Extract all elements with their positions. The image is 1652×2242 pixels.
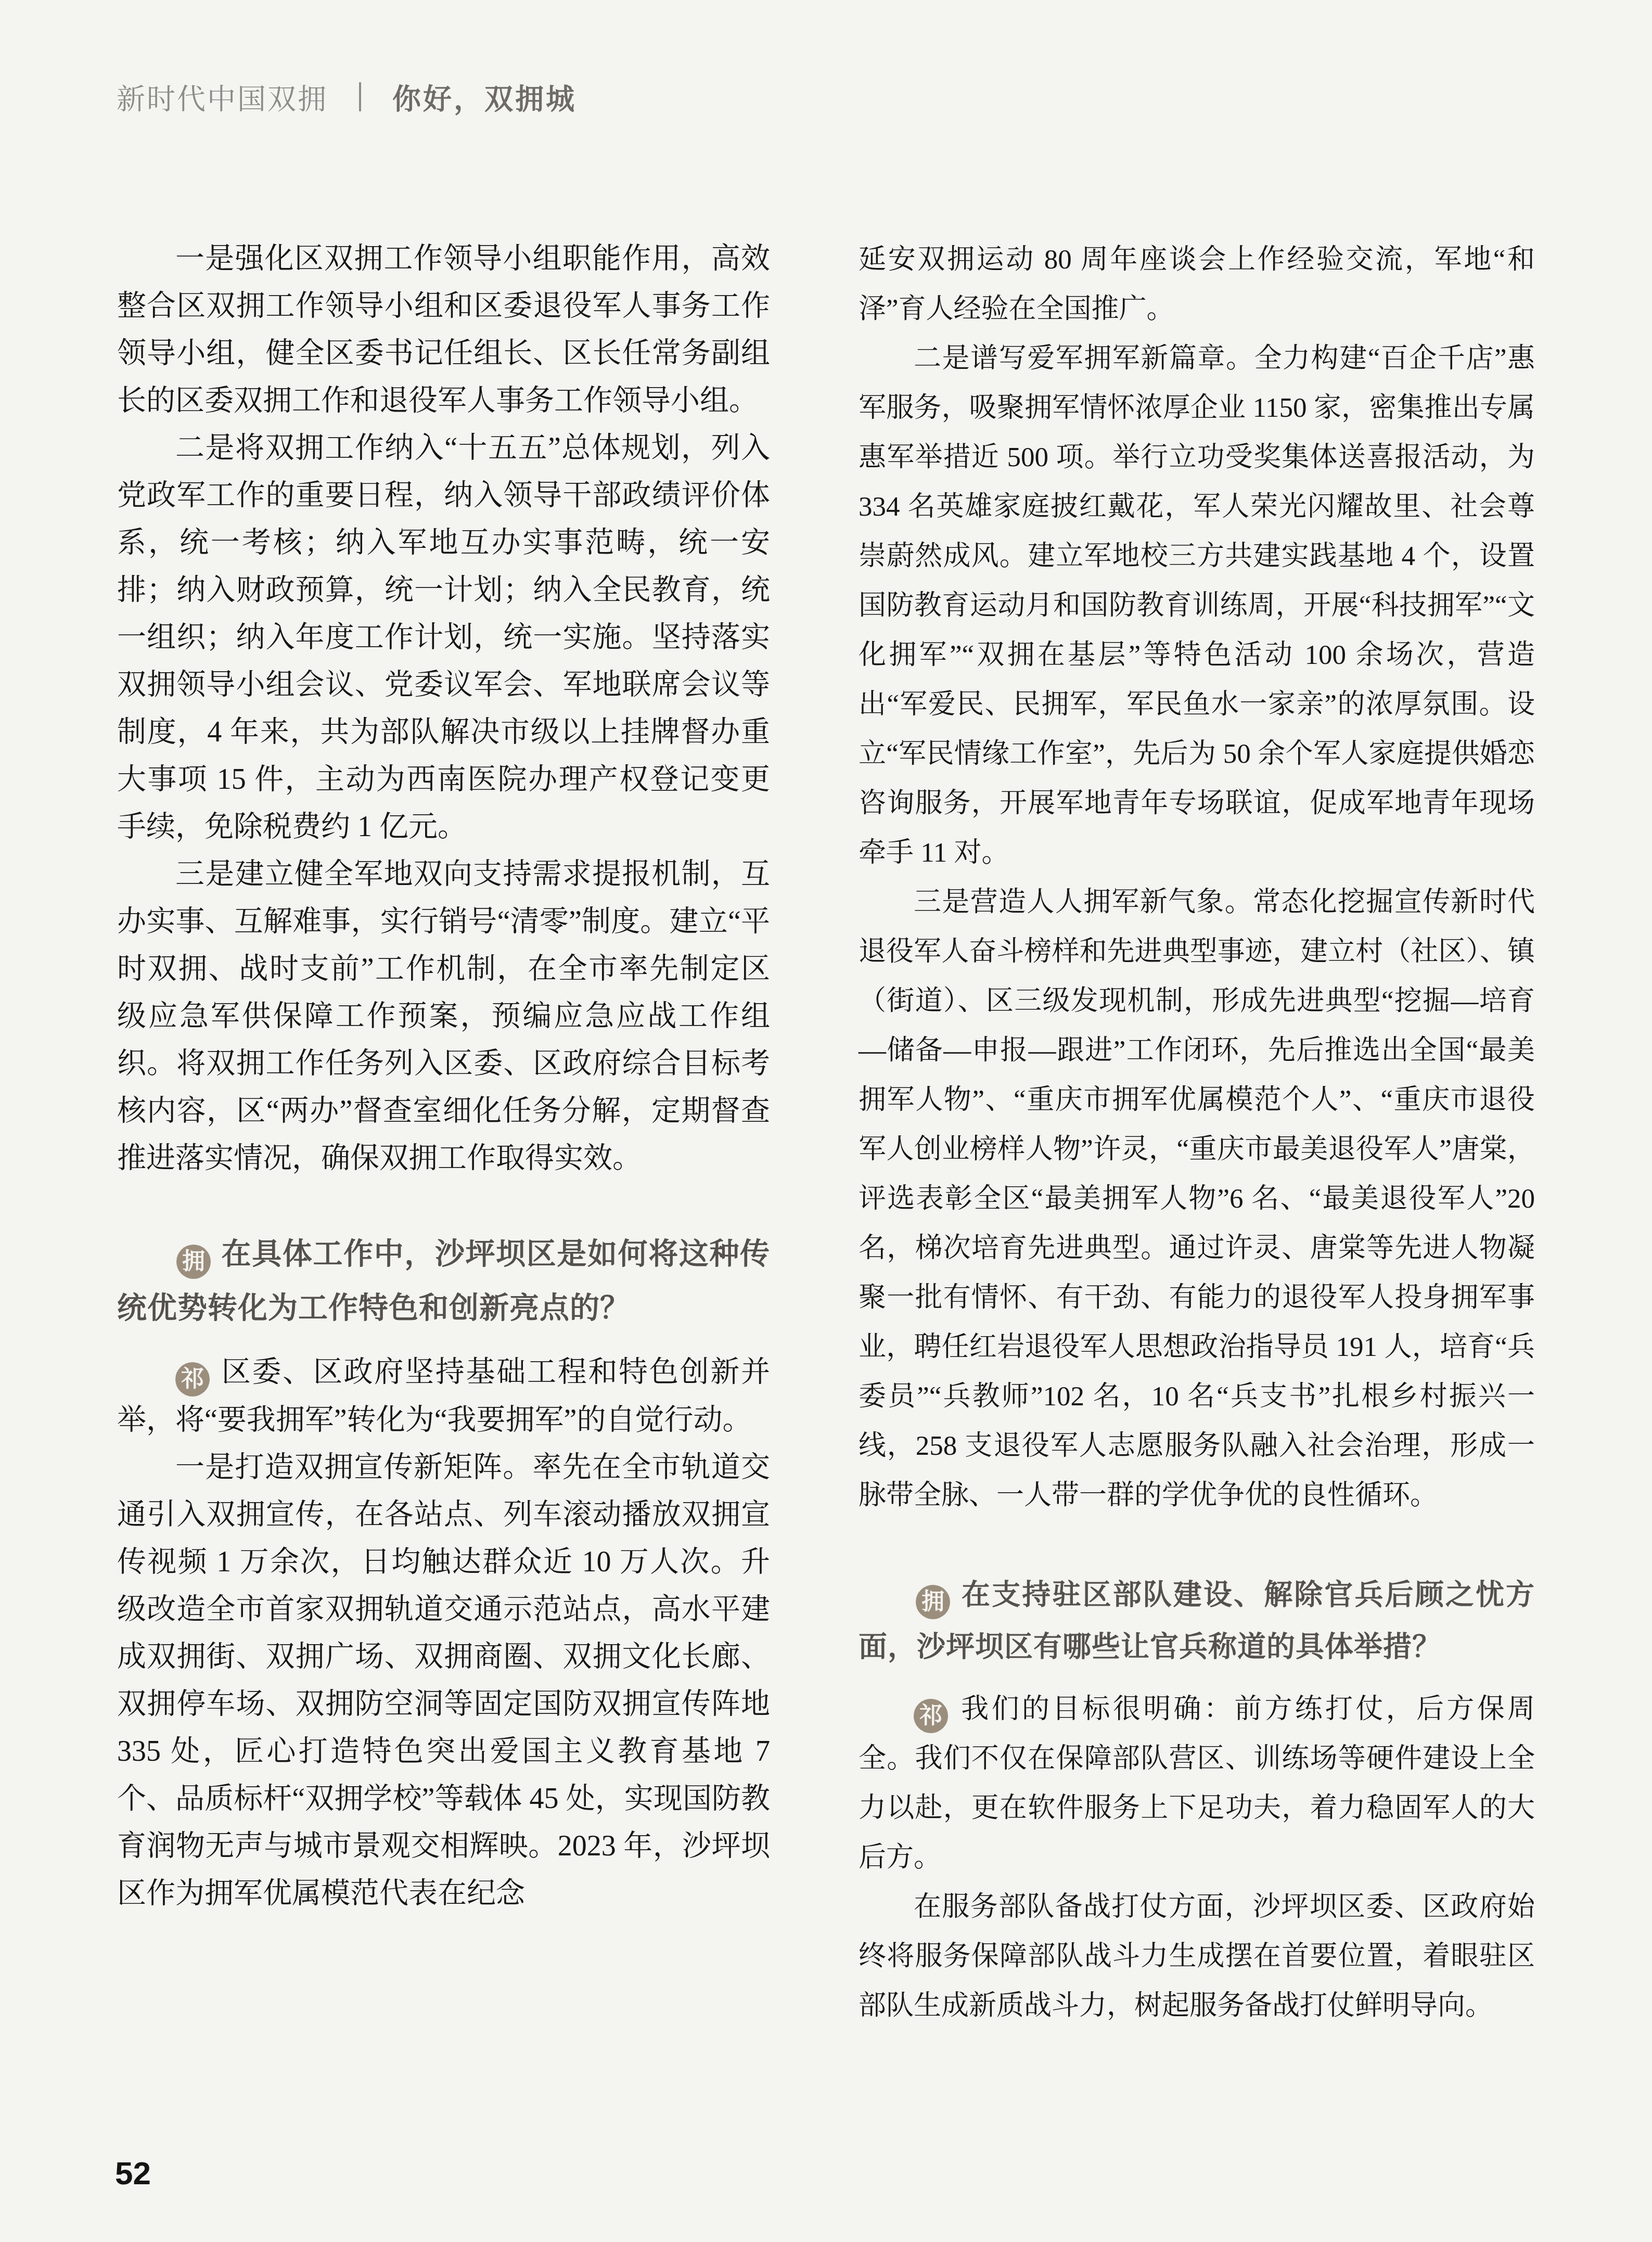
left-column: 一是强化区双拥工作领导小组职能作用，高效整合区双拥工作领导小组和区委退役军人事务…: [117, 235, 770, 2031]
answer-text: 区委、区政府坚持基础工程和特色创新并举，将“要我拥军”转化为“我要拥军”的自觉行…: [117, 1356, 770, 1436]
page-header: 新时代中国双拥 你好，双拥城: [117, 76, 577, 117]
paragraph: 二是谱写爱军拥军新篇章。全力构建“百企千店”惠军服务，吸聚拥军情怀浓厚企业 11…: [859, 334, 1535, 878]
question-text: 在具体工作中，沙坪坝区是如何将这种传统优势转化为工作特色和创新亮点的？: [117, 1237, 770, 1325]
right-column: 延安双拥运动 80 周年座谈会上作经验交流，军地“和泽”育人经验在全国推广。 二…: [859, 235, 1535, 2031]
question-paragraph: 拥在具体工作中，沙坪坝区是如何将这种传统优势转化为工作特色和创新亮点的？: [117, 1227, 770, 1335]
paragraph-continued: 延安双拥运动 80 周年座谈会上作经验交流，军地“和泽”育人经验在全国推广。: [859, 235, 1535, 334]
header-divider: [359, 82, 361, 111]
paragraph: 在服务部队备战打仗方面，沙坪坝区委、区政府始终将服务保障部队战斗力生成摆在首要位…: [859, 1882, 1535, 2031]
question-badge-icon: 拥: [176, 1245, 211, 1279]
paragraph: 一是打造双拥宣传新矩阵。率先在全市轨道交通引入双拥宣传，在各站点、列车滚动播放双…: [117, 1444, 770, 1917]
answer-badge-icon: 祁: [175, 1362, 210, 1397]
page-number: 52: [115, 2155, 151, 2192]
magazine-page: 新时代中国双拥 你好，双拥城 一是强化区双拥工作领导小组职能作用，高效整合区双拥…: [0, 0, 1652, 2242]
answer-paragraph: 祁我们的目标很明确：前方练打仗，后方保周全。我们不仅在保障部队营区、训练场等硬件…: [859, 1685, 1535, 1882]
article-body: 一是强化区双拥工作领导小组职能作用，高效整合区双拥工作领导小组和区委退役军人事务…: [117, 235, 1535, 2031]
paragraph: 一是强化区双拥工作领导小组职能作用，高效整合区双拥工作领导小组和区委退役军人事务…: [117, 235, 770, 425]
header-article-title: 你好，双拥城: [392, 76, 577, 117]
header-section-label: 新时代中国双拥: [117, 76, 328, 117]
paragraph: 三是营造人人拥军新气象。常态化挖掘宣传新时代退役军人奋斗榜样和先进典型事迹，建立…: [859, 878, 1535, 1520]
paragraph: 三是建立健全军地双向支持需求提报机制，互办实事、互解难事，实行销号“清零”制度。…: [117, 851, 770, 1182]
paragraph: 二是将双拥工作纳入“十五五”总体规划，列入党政军工作的重要日程，纳入领导干部政绩…: [117, 425, 770, 851]
answer-text: 我们的目标很明确：前方练打仗，后方保周全。我们不仅在保障部队营区、训练场等硬件建…: [859, 1694, 1535, 1873]
question-badge-icon: 拥: [916, 1585, 950, 1619]
question-text: 在支持驻区部队建设、解除官兵后顾之忧方面，沙坪坝区有哪些让官兵称道的具体举措？: [859, 1578, 1535, 1662]
answer-badge-icon: 祁: [914, 1699, 948, 1733]
answer-paragraph: 祁区委、区政府坚持基础工程和特色创新并举，将“要我拥军”转化为“我要拥军”的自觉…: [117, 1349, 770, 1444]
question-paragraph: 拥在支持驻区部队建设、解除官兵后顾之忧方面，沙坪坝区有哪些让官兵称道的具体举措？: [859, 1568, 1535, 1672]
